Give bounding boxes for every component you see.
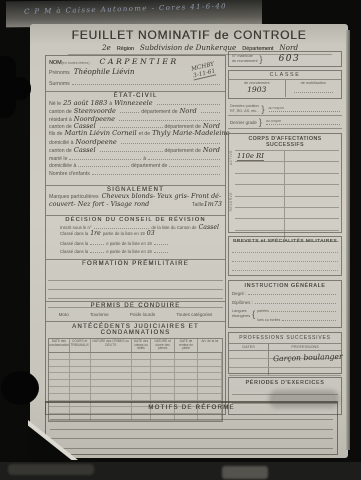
signalement-section: SIGNALEMENT Marques particulières Cheveu… (46, 186, 225, 216)
inscrit-canton-value: Cassel (199, 225, 219, 231)
classement-line2: Classé dans la e partie de la liste en 1… (50, 239, 221, 247)
leader (201, 107, 220, 113)
antecedents-cell (49, 394, 70, 401)
antecedents-cell (198, 360, 222, 367)
antecedents-cell (91, 380, 133, 387)
professions-date-cell (229, 359, 269, 366)
classe2-pre: Classé dans la (60, 241, 88, 246)
diplomes-label: Diplômes : (232, 300, 253, 305)
antecedents-cell (49, 367, 70, 374)
professions-value-cell (269, 359, 341, 366)
leader (120, 107, 139, 113)
corps-row (235, 174, 339, 185)
leader (255, 298, 336, 304)
antecedents-cell (151, 373, 175, 380)
matricule-label-line2: du recrutement (232, 59, 258, 64)
langues-opt-ecrites: lues ou écrites (257, 318, 280, 322)
professions-row (229, 368, 341, 376)
col-nature-peines: NATURE et durée des peines (151, 339, 175, 353)
classe-title: CLASSE (229, 71, 341, 80)
matricule-value: 603 (279, 54, 301, 64)
left-column: NOM (en toutes lettres) CARPENTIER Préno… (45, 55, 226, 415)
region-number-value: 2e (102, 44, 111, 51)
marriage-line: marié le à (49, 154, 222, 162)
antecedents-table-header: DATE des condamnations COURS et TRIBUNAU… (49, 339, 222, 353)
antecedents-cell (132, 387, 151, 394)
corps-affectations-box: CORPS D'AFFECTATIONS SUCCESSIFS ACTIVE R… (228, 133, 342, 233)
antecedents-cell (70, 367, 91, 374)
leader (78, 161, 129, 167)
classe1-year: 03 (147, 231, 155, 237)
scanned-record-photo: { "scan": { "pencil_note": "C P M à Cais… (0, 0, 361, 480)
domiciliee-label: domiciliée à (49, 163, 76, 169)
professions-col-professions: PROFESSIONS (269, 344, 341, 350)
marques-line2: couvert- Nez fort - Visage rond Taille 1… (49, 201, 222, 209)
antecedents-cell (175, 353, 197, 360)
blank-rule-line (232, 253, 338, 262)
antecedents-cell (49, 353, 70, 360)
canton1-label: canton de (49, 109, 72, 115)
grade-brace: } (259, 117, 262, 127)
nom-label: NOM (49, 60, 62, 66)
corps-unit-cell (235, 208, 285, 218)
antecedents-title: ANTÉCÉDENTS JUDICIAIRES ET CONDAMNATIONS (46, 324, 225, 336)
corps-row-label-active: ACTIVE (229, 150, 233, 165)
corps-title: CORPS D'AFFECTATIONS SUCCESSIFS (229, 136, 341, 148)
etat-civil-section: ÉTAT-CIVIL Né le 25 août 1883 à Winnezee… (46, 92, 225, 186)
antecedents-cell (91, 360, 133, 367)
antecedents-cell (151, 367, 175, 374)
langues-brace: { (252, 309, 255, 319)
scan-bottom-highlight (222, 466, 268, 479)
dernier-grade-label: Dernier grade (230, 120, 257, 125)
prenoms-label: Prénoms (49, 70, 70, 76)
antecedents-cell (132, 373, 151, 380)
permis-cat-moto: Moto (59, 312, 69, 317)
col-date-remise: DATE de remise de peine (175, 339, 197, 353)
permis-section: PERMIS DE CONDUIRE Moto Tourisme Poids l… (46, 302, 225, 322)
antecedents-cell (132, 360, 151, 367)
professions-row: Garçon boulanger (229, 351, 341, 359)
permis-title: PERMIS DE CONDUIRE (48, 303, 223, 309)
antecedents-cell (132, 353, 151, 360)
marques-value2: couvert- Nez fort - Visage rond (49, 201, 149, 207)
classe-mobilisation-col: de mobilisation (285, 80, 342, 97)
antecedents-cell (175, 387, 197, 394)
domicilie-value: Noordpeene (76, 139, 117, 146)
scan-edge-blob-top-arm (0, 77, 31, 100)
instruction-generale-box: INSTRUCTION GÉNÉRALE Degré : Diplômes : … (228, 280, 342, 328)
blank-rule-line (50, 411, 333, 420)
birth-date-value: 25 août 1883 (63, 100, 107, 107)
blank-rule-line (50, 439, 333, 448)
antecedents-cell (198, 387, 222, 394)
blank-rule-line (232, 262, 338, 271)
degre-label: Degré : (232, 291, 246, 296)
corps-row (235, 219, 339, 230)
professions-box: PROFESSIONS SUCCESSIVES DATES PROFESSION… (228, 332, 342, 374)
domicilie-label: domicilié à (49, 140, 74, 146)
parents-line: fils de Martin Liévin Corneil et de Thyl… (49, 130, 222, 138)
dernier-grade-row: Dernier grade } au crayon (228, 116, 342, 129)
marie-le-label: marié le (49, 156, 67, 162)
permis-cat-poids-lourds: Poids lourds (130, 312, 155, 317)
col-cours-tribunaux: COURS et TRIBUNAUX (70, 339, 91, 353)
spouse-line: domiciliée à département de (49, 161, 222, 169)
brevets-box: BREVETS et SPÉCIALITÉS MILITAIRES (228, 236, 342, 276)
antecedents-cell (49, 360, 70, 367)
marie-a-label: à (143, 156, 146, 162)
professions-title: PROFESSIONS SUCCESSIVES (229, 333, 341, 344)
et-de-label: et de (139, 131, 151, 137)
corps-date-cell (285, 197, 339, 207)
matricule-box: N° matricule du recrutement } 603 (228, 51, 342, 67)
corps-unit-cell (235, 197, 285, 207)
classe3-mid: e partie de la liste en 19 (106, 249, 152, 254)
motifs-reforme-section: MOTIFS DE RÉFORME (45, 401, 338, 455)
degre-line: Degré : (232, 289, 338, 298)
marques-value1: Cheveux blonds- Yeux gris- Front dé- (102, 193, 222, 199)
taille-label: Taille (192, 202, 204, 208)
leader (69, 154, 141, 160)
subdivision-value: Subdivision de Dunkerque (140, 44, 236, 51)
corps-row-label-reserve: RÉSERVE (229, 192, 233, 211)
antecedents-cell (70, 373, 91, 380)
fils-de-label: fils de (49, 131, 63, 137)
residant-value: Noordpeene (74, 116, 115, 123)
ne-le-label: Né le (49, 101, 61, 107)
professions-value-cell (269, 368, 341, 375)
classe-recrutement-value: 1903 (229, 86, 285, 94)
antecedents-cell (70, 380, 91, 387)
professions-date-cell (229, 368, 269, 375)
corps-date-cell (285, 174, 339, 184)
domicile-line: domicilié à Noordpeene (49, 138, 222, 146)
antecedents-cell (198, 380, 222, 387)
leader (100, 146, 163, 152)
corps-unit-cell (235, 219, 285, 229)
corps-unit-cell (235, 162, 285, 172)
classe-mobilisation-label: de mobilisation (286, 81, 342, 85)
identity-box: NOM (en toutes lettres) CARPENTIER Préno… (46, 56, 225, 92)
classement-line1: Classé dans la 1re partie de la liste en… (50, 231, 221, 239)
langues-opt-parlees: parlées (257, 309, 269, 313)
derniere-position-row: Dernière position RT, RD, AS, etc. . } a… (228, 103, 342, 116)
prenoms-value: Théophile Liévin (74, 68, 135, 75)
col-date-crimes: DATE des crimes ou délits (132, 339, 151, 353)
professions-row (229, 359, 341, 367)
residant-label: résidant à (49, 117, 72, 123)
antecedents-cell (151, 394, 175, 401)
page-title: FEUILLET NOMINATIF de CONTROLE (30, 28, 348, 42)
langues-label: Langues étrangères (232, 309, 250, 318)
canton1-line: canton de Steenvoorde département de Nor… (49, 107, 222, 115)
dept3-value: Nord (203, 147, 220, 154)
leader (90, 239, 104, 245)
corps-first-entry-value: 110e RI (237, 152, 264, 161)
children-line: Nombre d'enfants (49, 169, 222, 177)
right-column: N° matricule du recrutement } 603 CLASSE… (228, 51, 342, 415)
leader (271, 306, 336, 312)
blank-rule-line (48, 290, 223, 299)
antecedents-cell (198, 353, 222, 360)
classe3-pre: Classé dans la (60, 249, 88, 254)
father-value: Martin Liévin Corneil (65, 130, 137, 137)
corps-table: 110e RI (235, 150, 339, 242)
leader (157, 99, 220, 105)
col-article-loi: Art. de la loi (198, 339, 222, 353)
permis-categories: Moto Tourisme Poids lourds Toutes catégo… (48, 312, 223, 317)
antecedents-cell (49, 387, 70, 394)
leader (92, 169, 220, 175)
langues-line: Langues étrangères { parlées lues ou écr… (232, 307, 338, 321)
antecedents-cell (91, 387, 133, 394)
corps-row: 110e RI (235, 151, 339, 162)
langues-label-l2: étrangères (232, 314, 250, 319)
classe1-mid: partie de la liste en 19 (103, 231, 145, 236)
blank-rule-line (50, 430, 333, 439)
corps-row (235, 162, 339, 173)
canton3-value: Cassel (74, 147, 96, 154)
taille-value: 1m73 (204, 201, 222, 207)
position-brace: } (261, 104, 264, 114)
antecedents-cell (175, 373, 197, 380)
antecedents-cell (70, 353, 91, 360)
antecedents-cell (91, 373, 133, 380)
classe1-pre: Classé dans la (60, 231, 88, 236)
derniere-position-note: au crayon (269, 106, 341, 112)
antecedents-cell (70, 394, 91, 401)
antecedents-cell (70, 360, 91, 367)
permis-cat-toutes: Toutes catégories (176, 312, 212, 317)
matricule-label: N° matricule du recrutement (232, 54, 258, 63)
paper-right-edge (346, 30, 350, 450)
classement-line3: Classé dans la e partie de la liste en 1… (50, 247, 221, 255)
corps-date-cell (285, 208, 339, 218)
col-date-condamnations: DATE des condamnations (49, 339, 70, 353)
antecedents-cell (198, 394, 222, 401)
surnoms-label: Surnoms (49, 81, 70, 87)
antecedents-cell (132, 380, 151, 387)
blank-rule-line (48, 281, 223, 290)
professions-col-dates: DATES (229, 344, 269, 350)
professions-header: DATES PROFESSIONS (229, 344, 341, 351)
corps-date-cell (285, 219, 339, 229)
derniere-position-l2: RT, RD, AS, etc. . (230, 109, 259, 114)
classe2-mid: e partie de la liste en 19 (106, 241, 152, 246)
antecedents-cell (132, 394, 151, 401)
corps-unit-cell (235, 174, 285, 184)
antecedents-cell (70, 387, 91, 394)
canton3-label: canton de (49, 148, 72, 154)
inscrit-line: Inscrit sous le n° de la liste du Canton… (50, 223, 221, 231)
motifs-blank-lines (50, 411, 333, 449)
antecedents-cell (198, 373, 222, 380)
antecedents-cell (175, 360, 197, 367)
corps-unit-cell: 110e RI (235, 151, 285, 161)
mother-value: Thyly Marie-Madeleine (152, 130, 229, 137)
formation-title: FORMATION PRÉMILITAIRE (46, 261, 225, 267)
matricule-brace: } (260, 54, 263, 64)
antecedents-cell (175, 380, 197, 387)
birth-place-value: Winnezeele (114, 100, 152, 107)
leader (148, 154, 220, 160)
nom-sublabel: (en toutes lettres) (62, 61, 90, 65)
professions-date-cell (229, 351, 269, 358)
inscrit-label: Inscrit sous le n° (60, 225, 92, 230)
document-page: FEUILLET NOMINATIF de CONTROLE 2e Région… (30, 24, 348, 458)
leader (282, 315, 336, 321)
blank-rule-line (50, 420, 333, 429)
brevets-blank-lines (232, 244, 338, 271)
inscrit-mid-label: de la liste du Canton de (151, 225, 196, 230)
scan-edge-blob-bottom (1, 371, 39, 405)
corps-unit-cell (235, 185, 285, 195)
col-nature-crimes: NATURE des CRIMES ou DÉLITS (91, 339, 133, 353)
antecedents-cell (91, 367, 133, 374)
classe-box: CLASSE de recrutement 1903 de mobilisati… (228, 70, 342, 99)
scan-bottom-smudge (8, 464, 94, 475)
enfants-label: Nombre d'enfants (49, 171, 90, 177)
formation-premilitaire-section: FORMATION PRÉMILITAIRE (46, 260, 225, 302)
corps-row (235, 185, 339, 196)
leader (119, 115, 220, 121)
brevets-title: BREVETS et SPÉCIALITÉS MILITAIRES (232, 239, 338, 244)
antecedents-cell (198, 367, 222, 374)
langues-options: parlées lues ou écrites (257, 306, 338, 322)
dernier-grade-note: au crayon (266, 119, 340, 125)
canton3-line: canton de Cassel département de Nord (49, 146, 222, 154)
corps-date-cell (285, 151, 339, 161)
residence-line: résidant à Noordpeene (49, 115, 222, 123)
antecedents-cell (49, 373, 70, 380)
derniere-position-label: Dernière position RT, RD, AS, etc. . (230, 104, 259, 113)
classe1-num: 1re (90, 231, 101, 237)
corps-date-cell (285, 162, 339, 172)
permis-cat-tourisme: Tourisme (90, 312, 109, 317)
classe-recrutement-col: de recrutement 1903 (229, 80, 285, 97)
antecedents-cell (151, 360, 175, 367)
surnoms-row: Surnoms (49, 79, 222, 90)
nom-value: CARPENTIER (100, 57, 179, 66)
leader (94, 223, 150, 229)
region-label: Région (117, 46, 134, 52)
antecedents-cell (91, 394, 133, 401)
leader (90, 247, 104, 253)
professions-value-cell: Garçon boulanger (269, 351, 341, 358)
corps-row (235, 197, 339, 208)
leader (248, 289, 336, 295)
corps-date-cell (285, 185, 339, 195)
antecedents-cell (151, 387, 175, 394)
leader (154, 239, 168, 245)
dept1-value: Nord (180, 108, 197, 115)
antecedents-cell (91, 353, 133, 360)
antecedents-cell (175, 394, 197, 401)
birth-line: Né le 25 août 1883 à Winnezeele (49, 99, 222, 107)
antecedents-cell (151, 353, 175, 360)
leader (169, 161, 220, 167)
periodes-title: PÉRIODES D'EXERCICES (232, 380, 338, 386)
antecedents-cell (175, 367, 197, 374)
leader (100, 122, 163, 128)
leader (121, 138, 220, 144)
blank-rule-line (48, 272, 223, 281)
antecedents-cell (49, 380, 70, 387)
positions-box: Dernière position RT, RD, AS, etc. . } a… (228, 103, 342, 129)
surnoms-blank (72, 79, 220, 85)
antecedents-cell (151, 380, 175, 387)
conseil-revision-section: DÉCISION DU CONSEIL DE RÉVISION Inscrit … (46, 216, 225, 260)
classe-mobilisation-blank (294, 91, 334, 93)
blank-rule-line (232, 244, 338, 253)
leader (154, 247, 168, 253)
antecedents-cell (132, 367, 151, 374)
canton1-value: Steenvoorde (74, 108, 116, 115)
corps-row (235, 208, 339, 219)
